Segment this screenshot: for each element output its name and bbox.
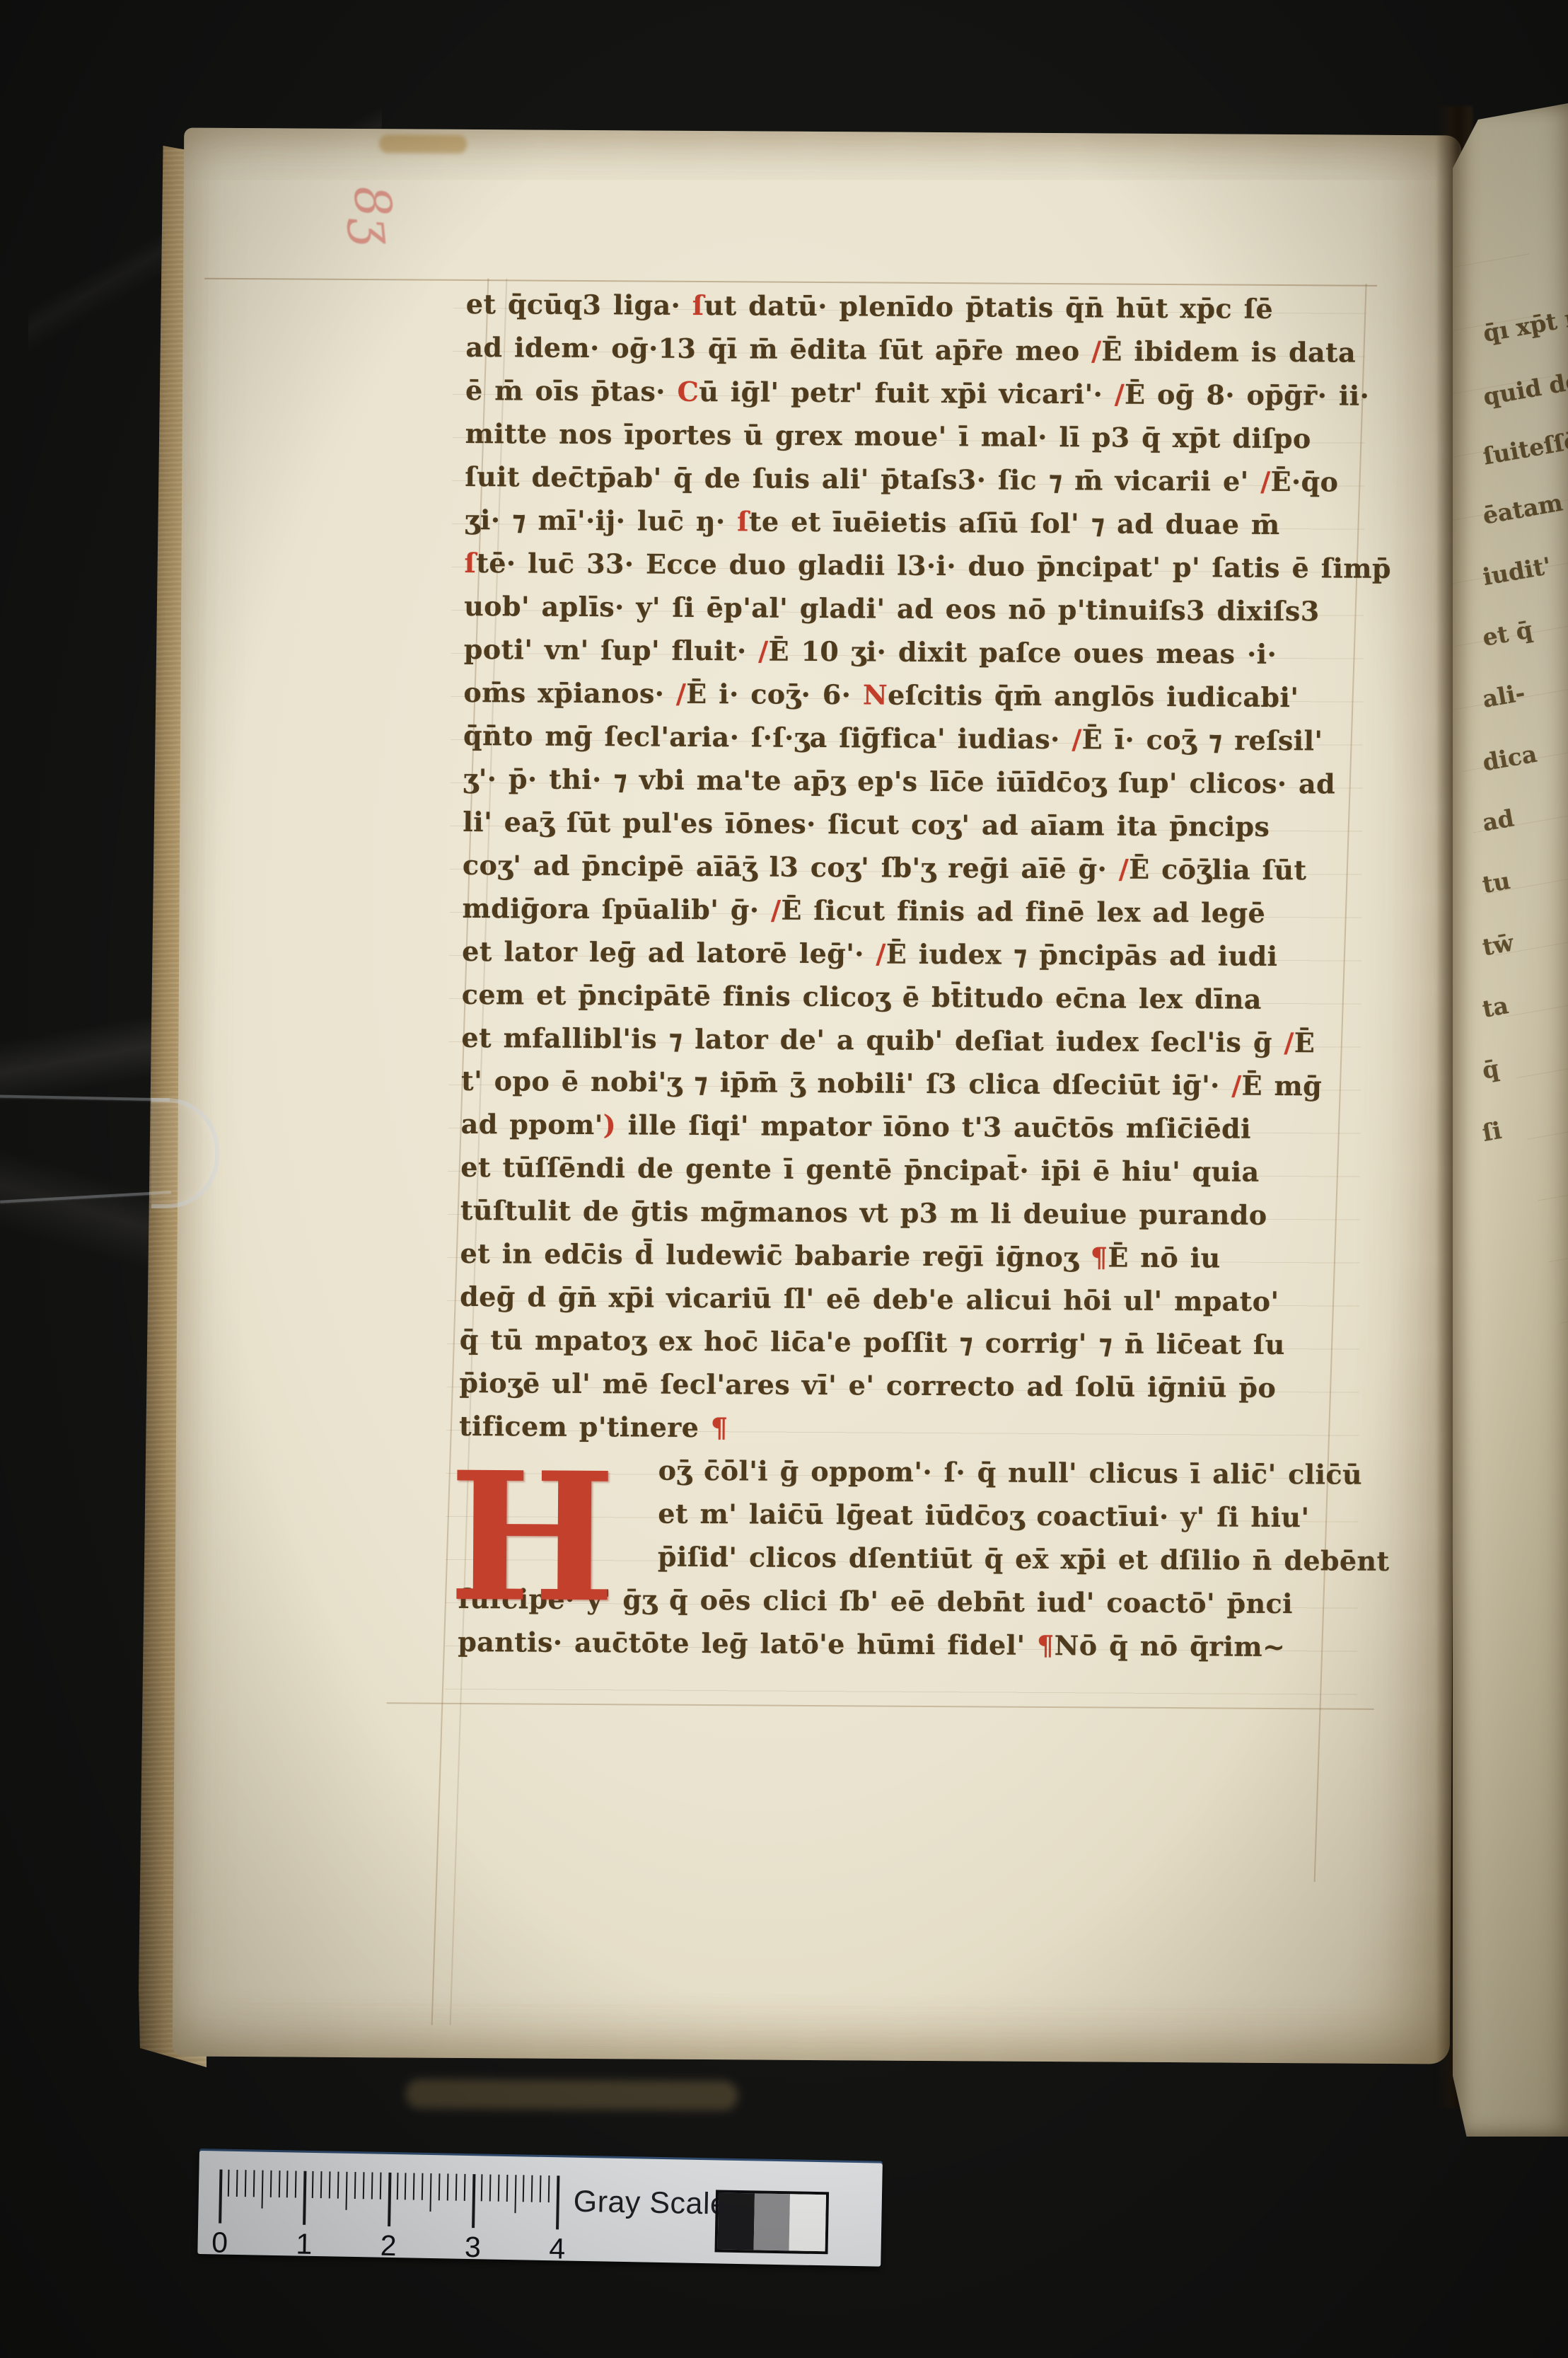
ink-text: ʒi· ⁊ mī'·ij· luc̄ ŋ·	[465, 504, 738, 537]
manuscript-line: mdiḡora ſpūalib' ḡ· /Ē ſicut finis ad fi…	[462, 886, 1342, 935]
grayscale-patch	[718, 2192, 755, 2250]
ruler-tick	[228, 2170, 230, 2197]
ink-text: et lator leḡ ad latorē leḡ'·	[462, 935, 876, 970]
ink-text: poti' vn' ſup' fluit·	[464, 633, 759, 667]
ruler-tick	[379, 2173, 381, 2200]
manuscript-line: coʒ' ad p̄ncipē aīāʒ̄ l3 coʒ' ſb'ʒ reḡi …	[463, 843, 1342, 892]
ink-text: cem et p̄ncipātē finis clicoʒ ē bt̄itudo…	[462, 978, 1262, 1015]
rubric-mark: ſ	[464, 547, 476, 579]
ink-text: Ē iudex ⁊ p̄ncipās ad iudi	[886, 938, 1278, 972]
ink-text: p̄iſid' clicos dſentiūt q̄ ex̄ xp̄i et d…	[658, 1541, 1390, 1577]
ink-text: q̄ tū mpatoʒ ex hoc̄ lic̄a'e poſſit ⁊ co…	[460, 1324, 1285, 1360]
plastic-strap-upper	[0, 1094, 170, 1101]
ruler-tick	[455, 2174, 458, 2201]
ink-text: Ē cōʒ̄lia ſūt	[1129, 853, 1307, 886]
ink-text: Ē nō iu	[1108, 1242, 1221, 1274]
manuscript-line: et mfallibl'is ⁊ lator de' a quib' deſia…	[461, 1016, 1341, 1065]
rubric-mark: /	[876, 938, 886, 970]
ink-text: et mfallibl'is ⁊ lator de' a quib' deſia…	[461, 1022, 1284, 1058]
ruler-tick	[245, 2170, 247, 2197]
rubric-mark: ¶	[711, 1411, 728, 1443]
rubric-mark: /	[1260, 466, 1271, 497]
manuscript-line: uob' aplīs· y' ſi ēp'al' gladi' ad eos n…	[464, 584, 1344, 633]
ruler-tick	[295, 2171, 297, 2197]
plastic-strap-lower	[0, 1191, 171, 1203]
rubric-mark: ¶	[1037, 1629, 1055, 1661]
manuscript-line: et in edc̄is d̄ ludewic̄ babarie reḡī iḡ…	[460, 1232, 1340, 1281]
manuscript-text: H et q̄cūq3 liga· ſut datū· plenīdo p̄ta…	[458, 282, 1346, 1696]
ruler-tick	[354, 2172, 356, 2199]
cm-ruler: 01234	[213, 2169, 610, 2260]
ruler-tick	[261, 2171, 263, 2209]
ink-text: ad ppom'	[461, 1108, 603, 1140]
rubric-mark: /	[1284, 1027, 1294, 1058]
rubric-mark: C	[677, 376, 699, 408]
ink-text: deḡ d ḡn̄ xp̄i vicariū ſl' eē deb'e alic…	[460, 1281, 1279, 1317]
ruler-number: 4	[541, 2232, 573, 2266]
ruler-tick	[497, 2175, 499, 2202]
ink-text: Ē	[1294, 1027, 1316, 1058]
manuscript-line: t' opo ē nobi'ʒ ⁊ ip̄m̄ ʒ̄ nobili' ſ3 cl…	[461, 1059, 1341, 1108]
ink-text: Ē ſicut finis ad finē lex ad legē	[781, 894, 1265, 929]
ink-text: ille ſiqi' mpator īōno t'3 auc̄tōs mſic̄…	[616, 1109, 1251, 1144]
rubric-mark: )	[603, 1109, 617, 1140]
grayscale-patch	[753, 2193, 790, 2250]
manuscript-line: p̄ioʒē ul' mē ſecl'ares vī' e' correcto …	[459, 1361, 1339, 1410]
ruler-tick	[312, 2171, 314, 2198]
manuscript-line: et q̄cūq3 liga· ſut datū· plenīdo p̄tati…	[466, 282, 1346, 331]
manuscript-page: 8ʒ H et q̄cūq3 liga· ſut datū· plenīdo p…	[173, 128, 1462, 2064]
ink-text: et tūſſēndi de gente ī gentē p̄ncipat̄· …	[460, 1151, 1260, 1188]
ink-text: te et īuēietis aſīū ſol' ⁊ ad duae m̄	[749, 505, 1280, 541]
ruler-tick	[548, 2175, 550, 2202]
ruler-tick	[430, 2173, 432, 2212]
ruler-tick	[531, 2175, 533, 2202]
ink-text: tūſtulit de ḡtis mḡmanos vt p3 m li deui…	[460, 1194, 1267, 1231]
parchment-stain	[379, 134, 467, 154]
ink-text: oʒ̄ c̄ōl'i ḡ oppom'· ſ· q̄ null' clicus …	[658, 1455, 1362, 1491]
ink-text: Ē·q̄o	[1270, 466, 1338, 498]
ink-text: mdiḡora ſpūalib' ḡ·	[462, 892, 771, 926]
ruler-tick	[278, 2171, 280, 2197]
facing-line-fragment: ta	[1480, 991, 1511, 1023]
ruler-tick	[472, 2174, 475, 2228]
ink-text: Nō q̄ nō q̄rim~	[1055, 1629, 1286, 1663]
rubric-mark: /	[758, 635, 769, 666]
ruler-tick	[489, 2175, 492, 2202]
manuscript-line: cem et p̄ncipātē finis clicoʒ ē bt̄itudo…	[462, 973, 1342, 1022]
manuscript-line: ʒi· ⁊ mī'·ij· luc̄ ŋ· ſte et īuēietis aſ…	[465, 498, 1345, 547]
manuscript-line: et tūſſēndi de gente ī gentē p̄ncipat̄· …	[460, 1145, 1340, 1194]
facing-line-fragment: tw̄	[1480, 929, 1516, 961]
rubricated-initial: H	[448, 1448, 616, 1626]
ink-text: p̄ioʒē ul' mē ſecl'ares vī' e' correcto …	[459, 1367, 1276, 1404]
manuscript-line: ſtē· luc̄ 33· Ecce duo gladii l3·i· duo …	[464, 541, 1344, 590]
ink-text: ū iḡl' petr' fuit xp̄i vicari'·	[699, 376, 1115, 410]
ruler-tick	[269, 2171, 272, 2197]
ruler-tick	[363, 2172, 365, 2199]
ruler-tick	[439, 2173, 441, 2200]
ruler-tick	[506, 2175, 508, 2202]
ink-text: eſcitis q̄m̄ anglōs iudicabi'	[888, 679, 1299, 714]
ruler-tick	[540, 2175, 542, 2202]
grayscale-label: Gray Scale	[573, 2185, 728, 2222]
ruler-tick	[481, 2174, 483, 2201]
folio-mark-red: 8ʒ	[348, 183, 400, 247]
manuscript-line: poti' vn' ſup' fluit· /Ē 10 ʒi· dixit pa…	[464, 628, 1344, 676]
rubric-mark: ¶	[1091, 1241, 1108, 1273]
facing-page-edge: q̄ı xp̄t mſequid de ſcōſuiteſſōl'ēatamiu…	[1453, 103, 1568, 2137]
ruler-tick	[236, 2170, 238, 2197]
ruler-tick	[514, 2175, 516, 2213]
ink-text: coʒ' ad p̄ncipē aīāʒ̄ l3 coʒ' ſb'ʒ reḡi …	[463, 849, 1119, 885]
ruler-number: 1	[288, 2227, 320, 2261]
manuscript-photo: 8ʒ H et q̄cūq3 liga· ſut datū· plenīdo p…	[0, 0, 1568, 2358]
ink-text: Ē ī· coʒ̄ ⁊ reſsil'	[1082, 723, 1323, 756]
ruler-tick	[388, 2173, 391, 2226]
facing-line-fragment: q̄	[1480, 1054, 1502, 1084]
rubric-mark: /	[1119, 853, 1129, 885]
ruler-tick	[286, 2171, 289, 2197]
rubric-mark: /	[1231, 1070, 1242, 1102]
manuscript-line: ad ppom') ille ſiqi' mpator īōno t'3 auc…	[461, 1102, 1341, 1151]
ruler-number: 3	[457, 2231, 489, 2265]
ink-text: Ē 10 ʒi· dixit paſce oues meas ·i·	[768, 635, 1277, 670]
rubric-mark: ſ	[692, 289, 704, 321]
rubric-mark: ſ	[737, 505, 749, 537]
manuscript-line: ad idem· oḡ·13 q̄ī m̄ ēdita ſūt ap̄r̄e m…	[465, 325, 1345, 374]
ruler-tick	[303, 2171, 306, 2225]
manuscript-line: q̄ tū mpatoʒ ex hoc̄ lic̄a'e poſſit ⁊ co…	[460, 1318, 1340, 1367]
ruler-number: 0	[204, 2226, 236, 2260]
manuscript-line: ſuit dec̄tp̄ab' q̄ de ſuis ali' p̄taſs3·…	[465, 455, 1345, 504]
manuscript-line: ē m̄ oīs p̄tas· Cū iḡl' petr' fuit xp̄i …	[465, 369, 1345, 417]
manuscript-line: q̄n̄to mḡ ſecl'aria· ſ·ſ·ʒa ſiḡfica' iud…	[463, 714, 1343, 763]
facing-line-fragment: ad	[1480, 804, 1516, 836]
ink-text: om̄s xp̄ianos·	[463, 676, 676, 710]
ruler-tick	[396, 2173, 398, 2200]
ink-text: ut datū· plenīdo p̄tatis q̄n̄ hūt xp̄c ſ…	[704, 289, 1273, 325]
ink-text: Ē ibidem is data	[1101, 335, 1356, 368]
manuscript-line: tūſtulit de ḡtis mḡmanos vt p3 m li deui…	[460, 1189, 1340, 1237]
rubric-mark: /	[1091, 335, 1102, 366]
rubric-mark: /	[1072, 723, 1082, 755]
ruler-tick	[556, 2175, 559, 2229]
rubric-mark: /	[1115, 378, 1125, 410]
ink-text: et in edc̄is d̄ ludewic̄ babarie reḡī iḡ…	[460, 1237, 1090, 1273]
manuscript-line: li' eaʒ̄ ſūt pul'es īōnes· ſicut coʒ' ad…	[463, 800, 1342, 849]
facing-line-fragment: tu	[1480, 867, 1512, 898]
ruler-tick	[464, 2174, 466, 2201]
ruler-tick	[320, 2171, 323, 2198]
ruler-tick	[253, 2170, 255, 2197]
ruler-tick	[422, 2173, 424, 2200]
grayscale-ruler: 01234 Gray Scale	[197, 2151, 883, 2267]
manuscript-line: et lator leḡ ad latorē leḡ'· /Ē iudex ⁊ …	[462, 930, 1342, 978]
manuscript-line: deḡ d ḡn̄ xp̄i vicariū ſl' eē deb'e alic…	[460, 1275, 1340, 1324]
ink-text: uob' aplīs· y' ſi ēp'al' gladi' ad eos n…	[464, 590, 1320, 627]
ruler-tick	[345, 2172, 347, 2210]
ruler-tick	[447, 2173, 449, 2200]
ink-text: q̄n̄to mḡ ſecl'aria· ſ·ſ·ʒa ſiḡfica' iud…	[463, 719, 1072, 755]
ruler-tick	[219, 2170, 222, 2224]
ruler-tick	[329, 2171, 331, 2198]
ruler-tick	[337, 2172, 339, 2199]
ink-text: ad idem· oḡ·13 q̄ī m̄ ēdita ſūt ap̄r̄e m…	[465, 331, 1091, 366]
ruler-tick	[371, 2172, 373, 2199]
grayscale-patches	[714, 2190, 829, 2254]
ruler-tick	[413, 2173, 415, 2200]
ink-text: Ē i· coʒ̄· 6·	[686, 678, 863, 711]
ink-text: Ē oḡ 8· op̄ḡr̄· ii·	[1125, 378, 1369, 412]
ruler-tick	[405, 2173, 407, 2200]
ink-text: li' eaʒ̄ ſūt pul'es īōnes· ſicut coʒ' ad…	[463, 806, 1270, 843]
ink-text: ē m̄ oīs p̄tas·	[465, 374, 678, 408]
facing-line-fragment: ſi	[1480, 1116, 1504, 1147]
ink-text: ʒ'· p̄· thi· ⁊ vbi ma'te ap̄ʒ ep's līc̄e…	[463, 763, 1336, 800]
ink-text: mitte nos īportes ū grex moue' ī mal· lī…	[465, 417, 1311, 454]
ruler-tick	[523, 2175, 525, 2202]
rubric-mark: /	[771, 894, 782, 926]
grayscale-patch	[789, 2194, 826, 2251]
erased-inscription	[405, 2079, 738, 2110]
ink-text: Ē mḡ	[1241, 1070, 1322, 1102]
rubric-mark: /	[676, 678, 687, 710]
ruler-number: 2	[373, 2229, 405, 2263]
manuscript-line: ʒ'· p̄· thi· ⁊ vbi ma'te ap̄ʒ ep's līc̄e…	[463, 757, 1343, 806]
rubric-mark: N	[863, 678, 888, 710]
ruling-line-bottom	[387, 1702, 1374, 1710]
ink-text: t' opo ē nobi'ʒ ⁊ ip̄m̄ ʒ̄ nobili' ſ3 cl…	[461, 1065, 1231, 1102]
ink-text: tē· luc̄ 33· Ecce duo gladii l3·i· duo p…	[476, 547, 1391, 584]
manuscript-line: om̄s xp̄ianos· /Ē i· coʒ̄· 6· Neſcitis q…	[463, 671, 1343, 719]
ink-text: et q̄cūq3 liga·	[466, 288, 692, 321]
ink-text: et m' laic̄ū lḡeat iūdc̄oʒ coactīui· y' …	[658, 1498, 1309, 1534]
manuscript-line: mitte nos īportes ū grex moue' ī mal· lī…	[465, 412, 1345, 461]
ink-text: ſuit dec̄tp̄ab' q̄ de ſuis ali' p̄taſs3·…	[465, 461, 1260, 497]
